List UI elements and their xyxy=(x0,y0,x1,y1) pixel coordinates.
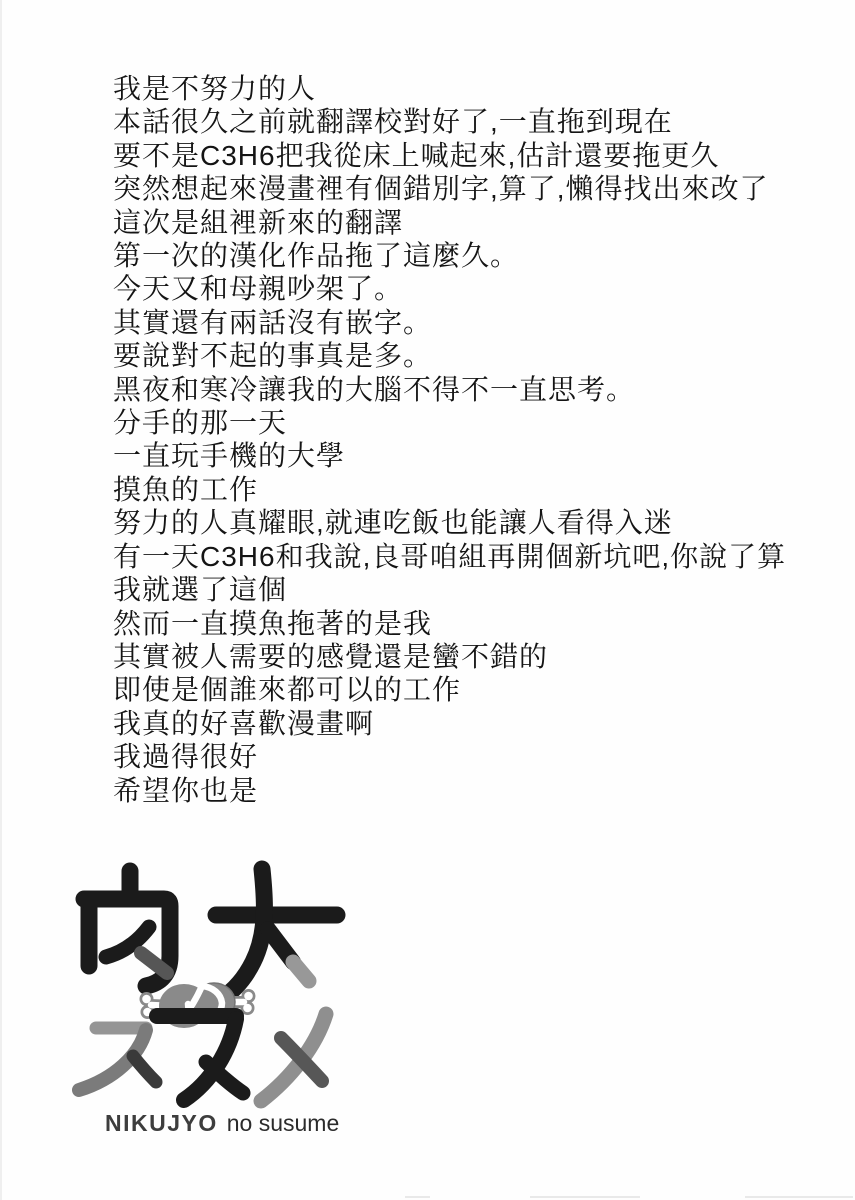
afterword-line: 今天又和母親吵架了。 xyxy=(113,272,823,305)
afterword-line: 這次是組裡新來的翻譯 xyxy=(113,206,823,239)
bone-right-icon xyxy=(227,989,256,1015)
afterword-text-block: 我是不努力的人本話很久之前就翻譯校對好了,一直拖到現在要不是C3H6把我從床上喊… xyxy=(113,72,823,807)
afterword-line: 黑夜和寒冷讓我的大腦不得不一直思考。 xyxy=(113,373,823,406)
logo-romaji-subtitle: no susume xyxy=(227,1110,340,1136)
katakana-su-2-glyph xyxy=(157,1016,243,1100)
afterword-line: 我是不努力的人 xyxy=(113,72,823,105)
afterword-line: 我真的好喜歡漫畫啊 xyxy=(113,707,823,740)
afterword-line: 要不是C3H6把我從床上喊起來,估計還要拖更久 xyxy=(113,139,823,172)
scan-artifact xyxy=(530,1196,640,1198)
afterword-line: 即使是個誰來都可以的工作 xyxy=(113,673,823,706)
afterword-line: 分手的那一天 xyxy=(113,406,823,439)
kanji-onna-glyph xyxy=(216,869,337,999)
afterword-line: 我就選了這個 xyxy=(113,573,823,606)
kanji-niku-glyph xyxy=(84,871,170,986)
logo-romaji-caption: NIKUJYOno susume xyxy=(105,1110,339,1137)
afterword-line: 然而一直摸魚拖著的是我 xyxy=(113,607,823,640)
afterword-line: 第一次的漢化作品拖了這麼久。 xyxy=(113,239,823,272)
meat-icon xyxy=(140,983,256,1028)
afterword-line: 摸魚的工作 xyxy=(113,473,823,506)
afterword-line: 有一天C3H6和我說,良哥咱組再開個新坑吧,你說了算 xyxy=(113,540,823,573)
katakana-su-1-glyph xyxy=(79,1028,156,1090)
bone-left-icon xyxy=(140,992,175,1019)
afterword-line: 希望你也是 xyxy=(113,774,823,807)
katakana-me-glyph xyxy=(261,1014,326,1101)
afterword-line: 其實被人需要的感覺還是蠻不錯的 xyxy=(113,640,823,673)
afterword-line: 努力的人真耀眼,就連吃飯也能讓人看得入迷 xyxy=(113,506,823,539)
no-glyph xyxy=(184,986,222,1019)
logo-romaji-title: NIKUJYO xyxy=(105,1110,218,1136)
afterword-line: 本話很久之前就翻譯校對好了,一直拖到現在 xyxy=(113,105,823,138)
manga-afterword-page: 我是不努力的人本話很久之前就翻譯校對好了,一直拖到現在要不是C3H6把我從床上喊… xyxy=(0,0,855,1200)
scan-edge-left xyxy=(0,0,2,1200)
scan-artifact xyxy=(405,1196,430,1198)
afterword-line: 突然想起來漫畫裡有個錯別字,算了,懶得找出來改了 xyxy=(113,172,823,205)
scan-artifact xyxy=(745,1196,853,1198)
afterword-line: 要說對不起的事真是多。 xyxy=(113,339,823,372)
afterword-line: 其實還有兩話沒有嵌字。 xyxy=(113,306,823,339)
afterword-line: 一直玩手機的大學 xyxy=(113,439,823,472)
afterword-line: 我過得很好 xyxy=(113,740,823,773)
